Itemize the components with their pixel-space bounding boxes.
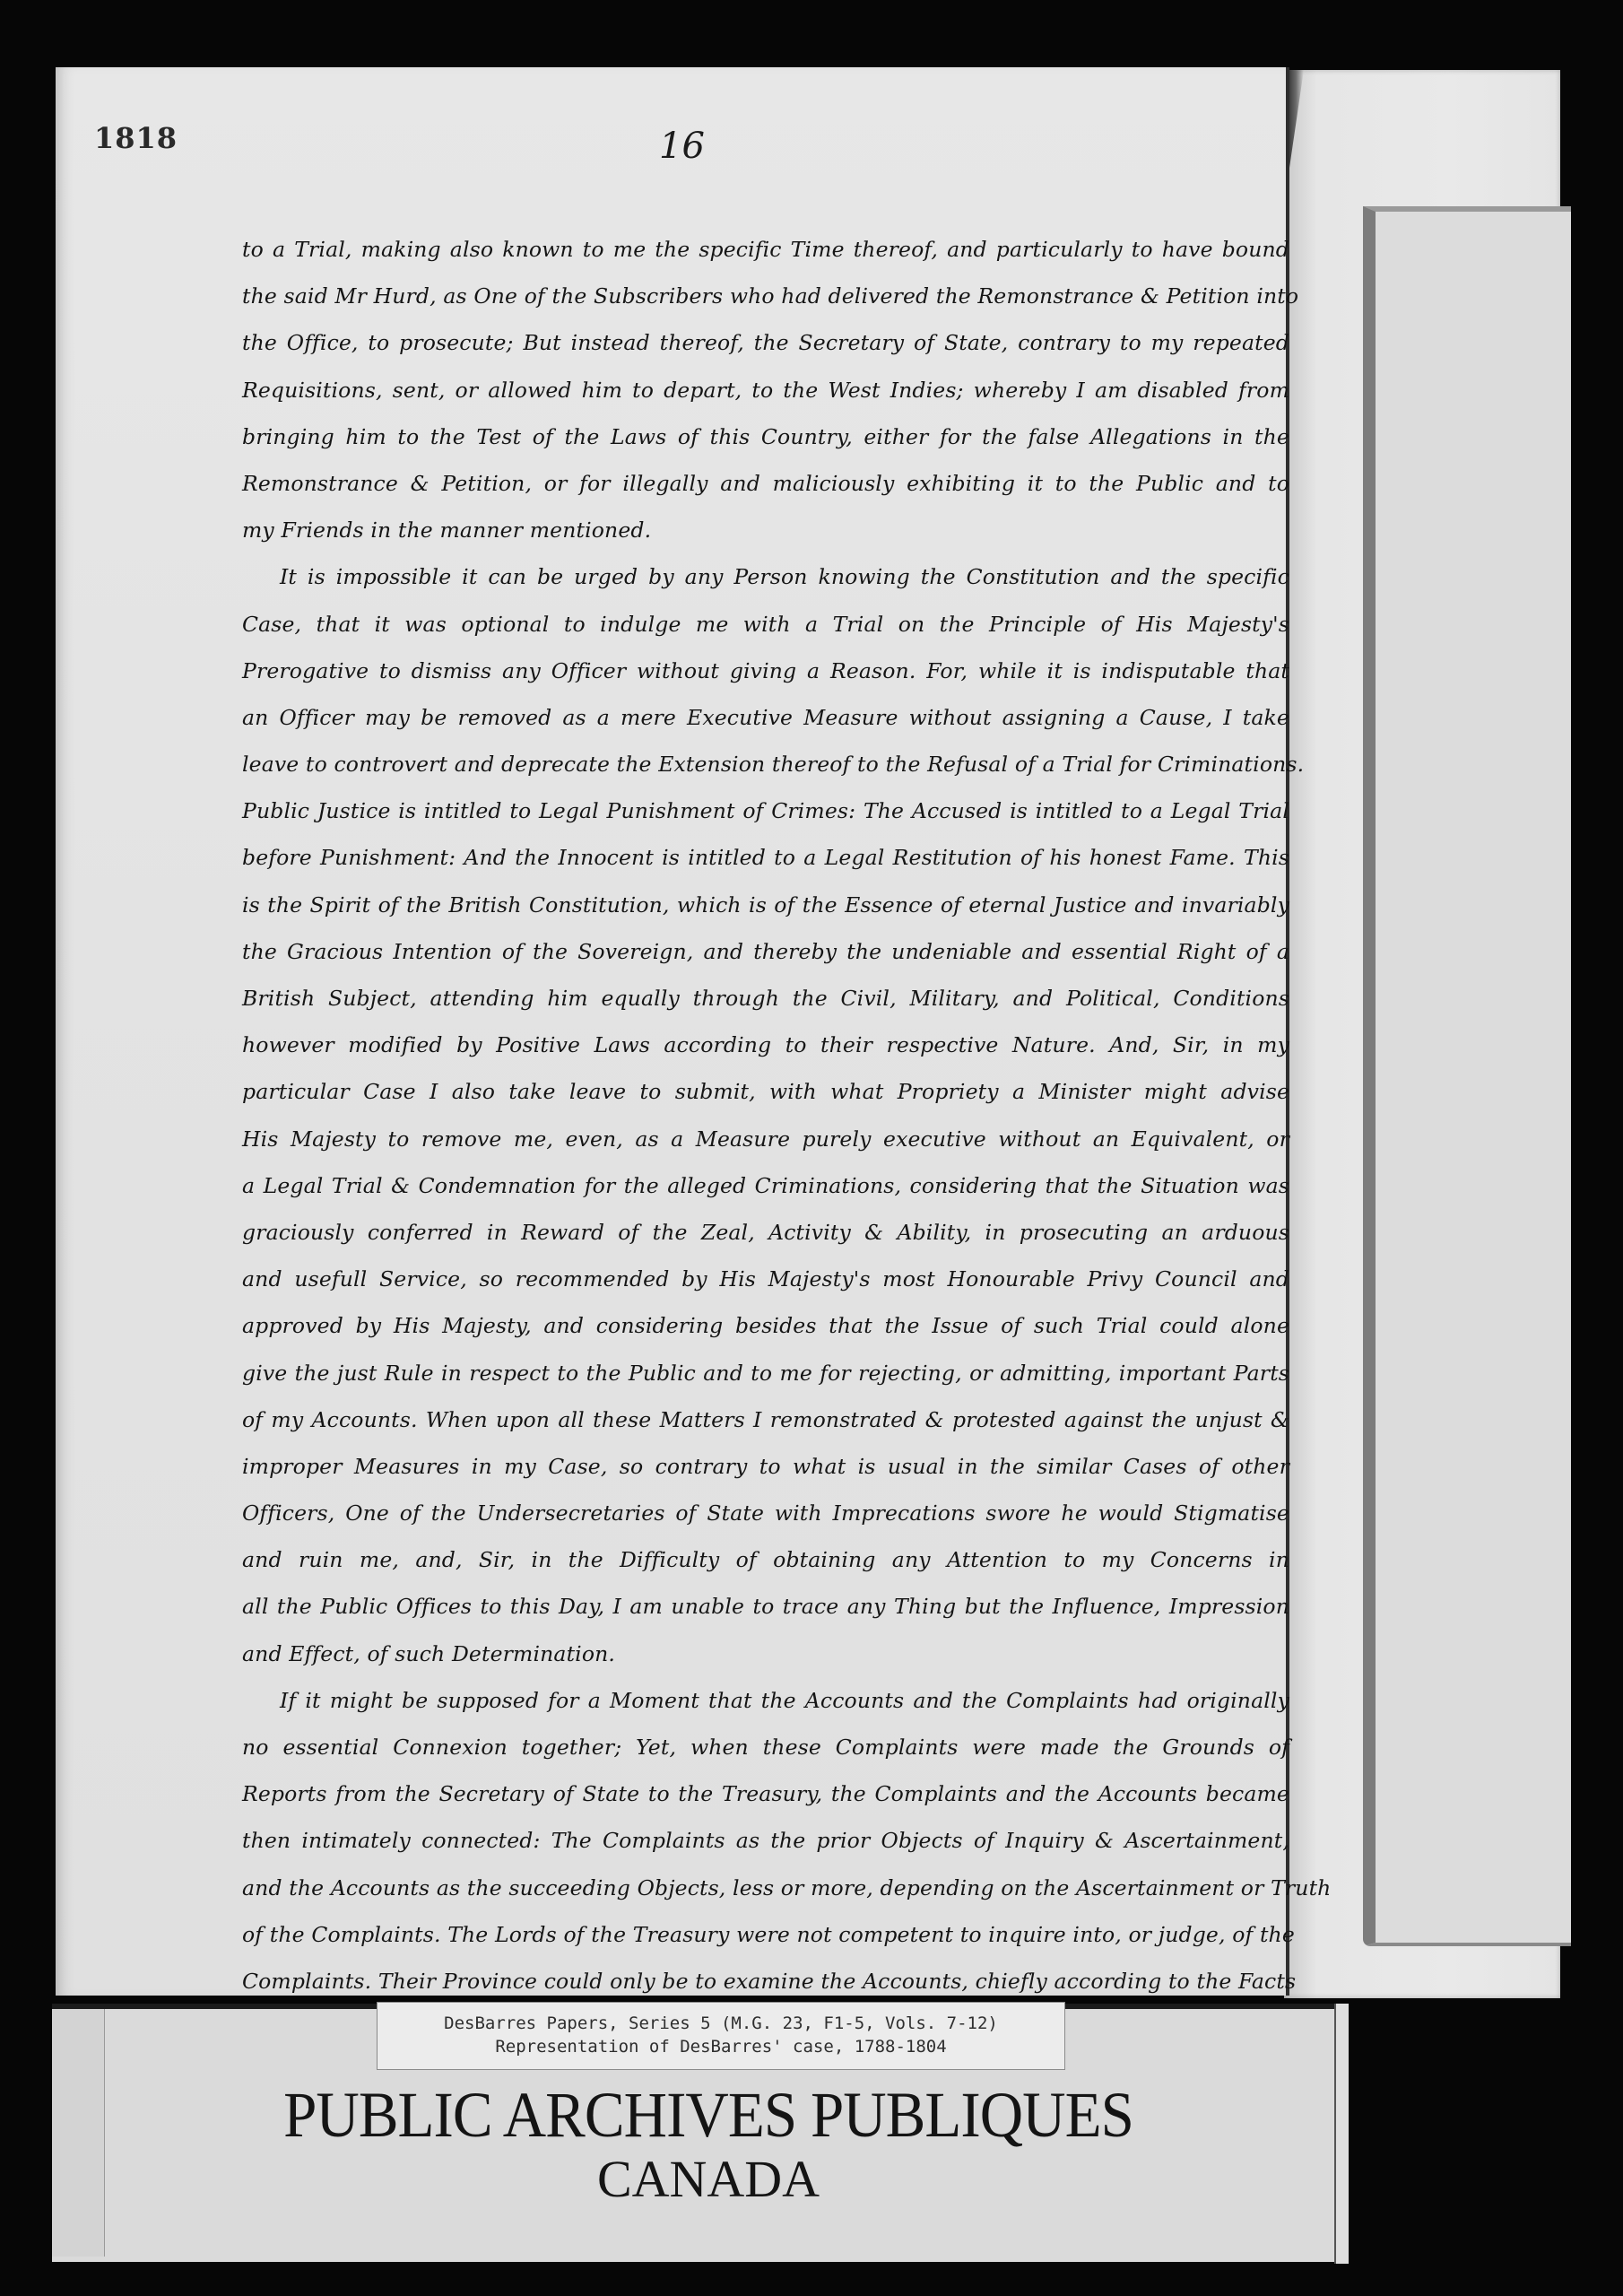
strip-tab	[52, 2009, 105, 2257]
manuscript-line: bringing him to the Test of the Laws of …	[242, 413, 1289, 460]
manuscript-line: Prerogative to dismiss any Officer witho…	[242, 648, 1289, 694]
manuscript-line: my Friends in the manner mentioned.	[242, 507, 1289, 553]
manuscript-line: graciously conferred in Reward of the Ze…	[242, 1209, 1289, 1256]
manuscript-line: Complaints. Their Province could only be…	[242, 1958, 1289, 2005]
manuscript-line: Officers, One of the Undersecretaries of…	[242, 1490, 1289, 1536]
manuscript-line: and ruin me, and, Sir, in the Difficulty…	[242, 1536, 1289, 1583]
manuscript-text: to a Trial, making also known to me the …	[242, 226, 1289, 2005]
manuscript-line: particular Case I also take leave to sub…	[242, 1068, 1289, 1115]
manuscript-line: His Majesty to remove me, even, as a Mea…	[242, 1116, 1289, 1162]
manuscript-line: then intimately connected: The Complaint…	[242, 1817, 1289, 1864]
manuscript-line: improper Measures in my Case, so contrar…	[242, 1443, 1289, 1490]
manuscript-line: no essential Connexion together; Yet, wh…	[242, 1724, 1289, 1770]
manuscript-line: to a Trial, making also known to me the …	[242, 226, 1289, 273]
manuscript-line: all the Public Offices to this Day, I am…	[242, 1583, 1289, 1630]
archives-stamp-subtitle: CANADA	[197, 2148, 1219, 2211]
manuscript-line: If it might be supposed for a Moment tha…	[242, 1677, 1289, 1724]
collection-label-line2: Representation of DesBarres' case, 1788-…	[378, 2035, 1064, 2058]
manuscript-line: before Punishment: And the Innocent is i…	[242, 834, 1289, 881]
manuscript-line: and the Accounts as the succeeding Objec…	[242, 1865, 1289, 1911]
manuscript-line: and Effect, of such Determination.	[242, 1631, 1289, 1677]
manuscript-line: the said Mr Hurd, as One of the Subscrib…	[242, 273, 1289, 319]
stamp-year: 1818	[94, 121, 178, 155]
inset-sheet	[1363, 206, 1571, 1946]
manuscript-line: give the just Rule in respect to the Pub…	[242, 1350, 1289, 1396]
manuscript-line: It is impossible it can be urged by any …	[242, 553, 1289, 600]
manuscript-line: a Legal Trial & Condemnation for the all…	[242, 1162, 1289, 1209]
page-number: 16	[659, 126, 705, 167]
archives-stamp-title: PUBLIC ARCHIVES PUBLIQUES	[233, 2079, 1184, 2151]
manuscript-line: British Subject, attending him equally t…	[242, 975, 1289, 1022]
manuscript-line: Public Justice is intitled to Legal Puni…	[242, 787, 1289, 834]
collection-label-line1: DesBarres Papers, Series 5 (M.G. 23, F1-…	[378, 2012, 1064, 2035]
manuscript-line: approved by His Majesty, and considering…	[242, 1302, 1289, 1349]
manuscript-line: however modified by Positive Laws accord…	[242, 1022, 1289, 1068]
manuscript-line: Remonstrance & Petition, or for illegall…	[242, 460, 1289, 507]
manuscript-line: leave to controvert and deprecate the Ex…	[242, 741, 1289, 787]
manuscript-line: Reports from the Secretary of State to t…	[242, 1770, 1289, 1817]
manuscript-line: the Office, to prosecute; But instead th…	[242, 319, 1289, 366]
strip-right-edge	[1334, 2004, 1349, 2264]
manuscript-line: and usefull Service, so recommended by H…	[242, 1256, 1289, 1302]
manuscript-line: of my Accounts. When upon all these Matt…	[242, 1396, 1289, 1443]
manuscript-line: the Gracious Intention of the Sovereign,…	[242, 928, 1289, 975]
manuscript-line: Case, that it was optional to indulge me…	[242, 601, 1289, 648]
manuscript-line: of the Complaints. The Lords of the Trea…	[242, 1911, 1289, 1958]
manuscript-line: Requisitions, sent, or allowed him to de…	[242, 367, 1289, 413]
manuscript-line: an Officer may be removed as a mere Exec…	[242, 694, 1289, 741]
manuscript-line: is the Spirit of the British Constitutio…	[242, 882, 1289, 928]
collection-label: DesBarres Papers, Series 5 (M.G. 23, F1-…	[377, 2002, 1065, 2070]
